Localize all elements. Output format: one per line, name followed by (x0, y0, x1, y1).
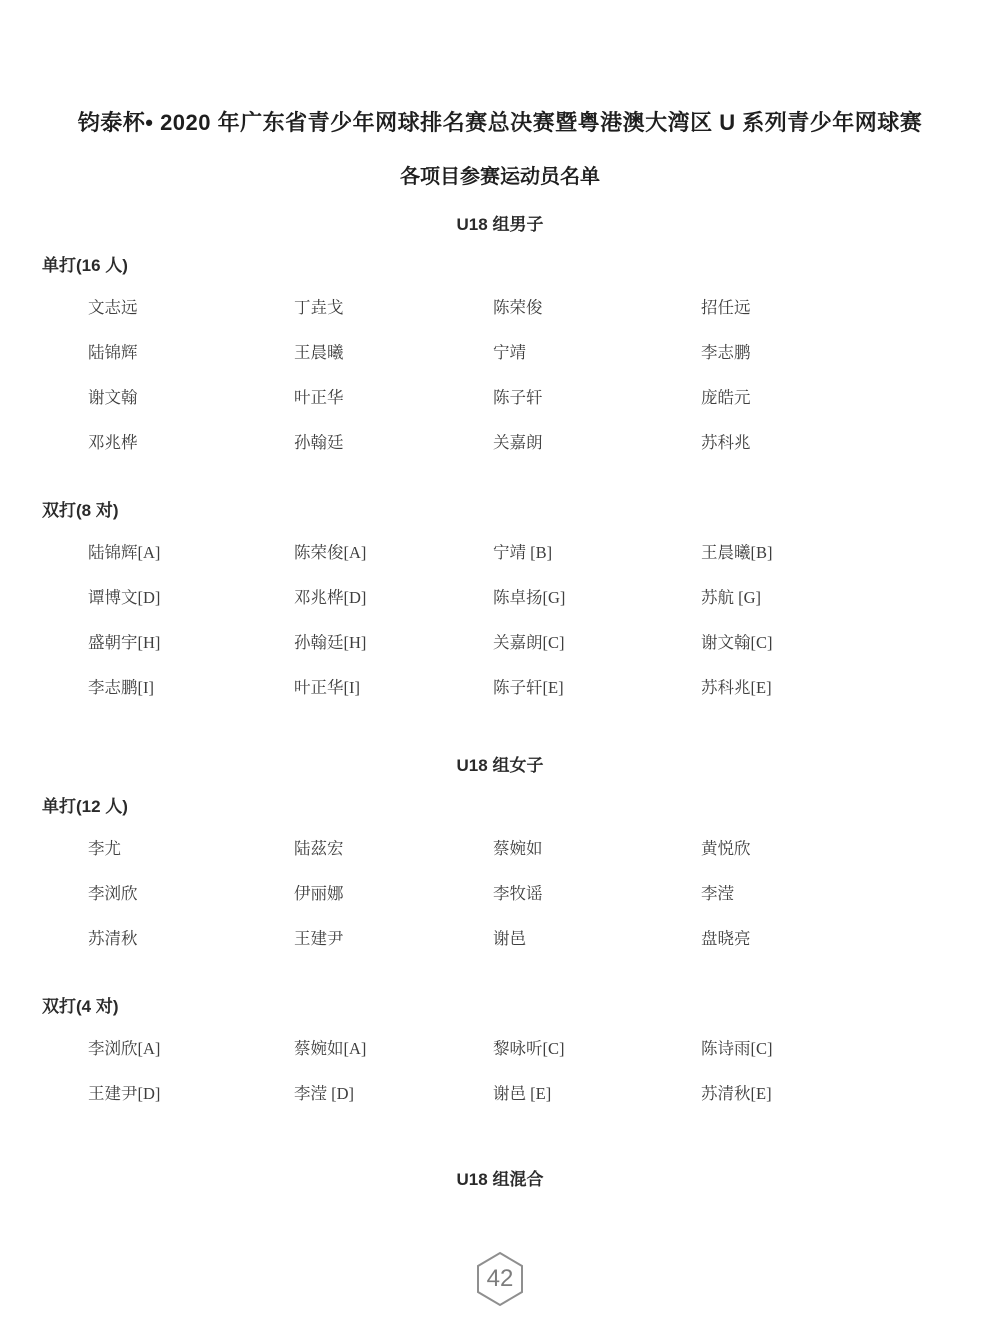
player-name: 宁靖 [B] (493, 539, 701, 563)
document-subtitle: 各项目参赛运动员名单 (40, 164, 960, 191)
player-name: 王晨曦 (294, 339, 493, 363)
player-name: 苏科兆 (701, 429, 960, 453)
player-name: 谢文翰 (88, 384, 294, 408)
player-name: 李浏欣[A] (88, 1035, 294, 1059)
player-name: 宁靖 (493, 339, 701, 363)
player-name: 伊丽娜 (294, 880, 493, 904)
player-name: 孙翰廷 (294, 429, 493, 453)
player-name: 陈诗雨[C] (701, 1035, 960, 1059)
table-row: 陆锦辉[A] 陈荣俊[A] 宁靖 [B] 王晨曦[B] (88, 528, 960, 573)
player-name: 蔡婉如[A] (294, 1035, 493, 1059)
section-heading-u18-boys: U18 组男子 (40, 213, 960, 236)
section-heading-u18-mixed: U18 组混合 (40, 1168, 960, 1191)
player-name: 盘晓亮 (701, 925, 960, 949)
player-name: 谢邑 (493, 925, 701, 949)
player-name: 黎咏听[C] (493, 1035, 701, 1059)
player-name: 陆锦辉[A] (88, 539, 294, 563)
player-name: 陈荣俊 (493, 294, 701, 318)
player-name: 陈子轩 (493, 384, 701, 408)
player-name: 陈卓扬[G] (493, 584, 701, 608)
player-name: 邓兆桦 (88, 429, 294, 453)
player-name: 叶正华[I] (294, 674, 493, 698)
player-name: 李尤 (88, 835, 294, 859)
player-name: 陈荣俊[A] (294, 539, 493, 563)
player-name: 蔡婉如 (493, 835, 701, 859)
player-name: 文志远 (88, 294, 294, 318)
group-label-girls-doubles: 双打(4 对) (40, 995, 960, 1018)
player-name: 苏清秋 (88, 925, 294, 949)
player-name: 谭博文[D] (88, 584, 294, 608)
table-row: 盛朝宇[H] 孙翰廷[H] 关嘉朗[C] 谢文翰[C] (88, 618, 960, 663)
page-number: 42 (475, 1251, 525, 1307)
group-label-boys-singles: 单打(16 人) (40, 254, 960, 277)
player-name: 招任远 (701, 294, 960, 318)
table-row: 谢文翰 叶正华 陈子轩 庞皓元 (88, 373, 960, 418)
player-name: 李滢 [D] (294, 1080, 493, 1104)
player-name: 陆茲宏 (294, 835, 493, 859)
table-row: 陆锦辉 王晨曦 宁靖 李志鹏 (88, 328, 960, 373)
player-name: 陈子轩[E] (493, 674, 701, 698)
table-row: 苏清秋 王建尹 谢邑 盘晓亮 (88, 914, 960, 959)
boys-doubles-list: 陆锦辉[A] 陈荣俊[A] 宁靖 [B] 王晨曦[B] 谭博文[D] 邓兆桦[D… (88, 528, 960, 708)
player-name: 陆锦辉 (88, 339, 294, 363)
table-row: 王建尹[D] 李滢 [D] 谢邑 [E] 苏清秋[E] (88, 1069, 960, 1114)
group-label-girls-singles: 单打(12 人) (40, 795, 960, 818)
section-heading-u18-girls: U18 组女子 (40, 754, 960, 777)
player-name: 孙翰廷[H] (294, 629, 493, 653)
table-row: 李尤 陆茲宏 蔡婉如 黄悦欣 (88, 824, 960, 869)
player-name: 盛朝宇[H] (88, 629, 294, 653)
player-name: 黄悦欣 (701, 835, 960, 859)
player-name: 苏清秋[E] (701, 1080, 960, 1104)
table-row: 邓兆桦 孙翰廷 关嘉朗 苏科兆 (88, 418, 960, 463)
player-name: 李志鹏 (701, 339, 960, 363)
player-name: 王建尹 (294, 925, 493, 949)
player-name: 王建尹[D] (88, 1080, 294, 1104)
document-page: 钧泰杯• 2020 年广东省青少年网球排名赛总决赛暨粤港澳大湾区 U 系列青少年… (0, 0, 1000, 1338)
table-row: 李志鹏[I] 叶正华[I] 陈子轩[E] 苏科兆[E] (88, 663, 960, 708)
page-number-container: 42 (40, 1251, 960, 1307)
group-label-boys-doubles: 双打(8 对) (40, 499, 960, 522)
page-number-badge: 42 (475, 1251, 525, 1307)
player-name: 苏航 [G] (701, 584, 960, 608)
boys-singles-list: 文志远 丁垚戈 陈荣俊 招任远 陆锦辉 王晨曦 宁靖 李志鹏 谢文翰 叶正华 陈… (88, 283, 960, 463)
player-name: 李牧谣 (493, 880, 701, 904)
player-name: 王晨曦[B] (701, 539, 960, 563)
player-name: 谢邑 [E] (493, 1080, 701, 1104)
player-name: 邓兆桦[D] (294, 584, 493, 608)
player-name: 关嘉朗[C] (493, 629, 701, 653)
table-row: 文志远 丁垚戈 陈荣俊 招任远 (88, 283, 960, 328)
player-name: 李志鹏[I] (88, 674, 294, 698)
player-name: 叶正华 (294, 384, 493, 408)
player-name: 苏科兆[E] (701, 674, 960, 698)
player-name: 李浏欣 (88, 880, 294, 904)
player-name: 关嘉朗 (493, 429, 701, 453)
player-name: 谢文翰[C] (701, 629, 960, 653)
table-row: 李浏欣[A] 蔡婉如[A] 黎咏听[C] 陈诗雨[C] (88, 1024, 960, 1069)
document-title: 钧泰杯• 2020 年广东省青少年网球排名赛总决赛暨粤港澳大湾区 U 系列青少年… (40, 0, 960, 138)
table-row: 谭博文[D] 邓兆桦[D] 陈卓扬[G] 苏航 [G] (88, 573, 960, 618)
girls-doubles-list: 李浏欣[A] 蔡婉如[A] 黎咏听[C] 陈诗雨[C] 王建尹[D] 李滢 [D… (88, 1024, 960, 1114)
player-name: 庞皓元 (701, 384, 960, 408)
player-name: 丁垚戈 (294, 294, 493, 318)
player-name: 李滢 (701, 880, 960, 904)
girls-singles-list: 李尤 陆茲宏 蔡婉如 黄悦欣 李浏欣 伊丽娜 李牧谣 李滢 苏清秋 王建尹 谢邑… (88, 824, 960, 959)
table-row: 李浏欣 伊丽娜 李牧谣 李滢 (88, 869, 960, 914)
